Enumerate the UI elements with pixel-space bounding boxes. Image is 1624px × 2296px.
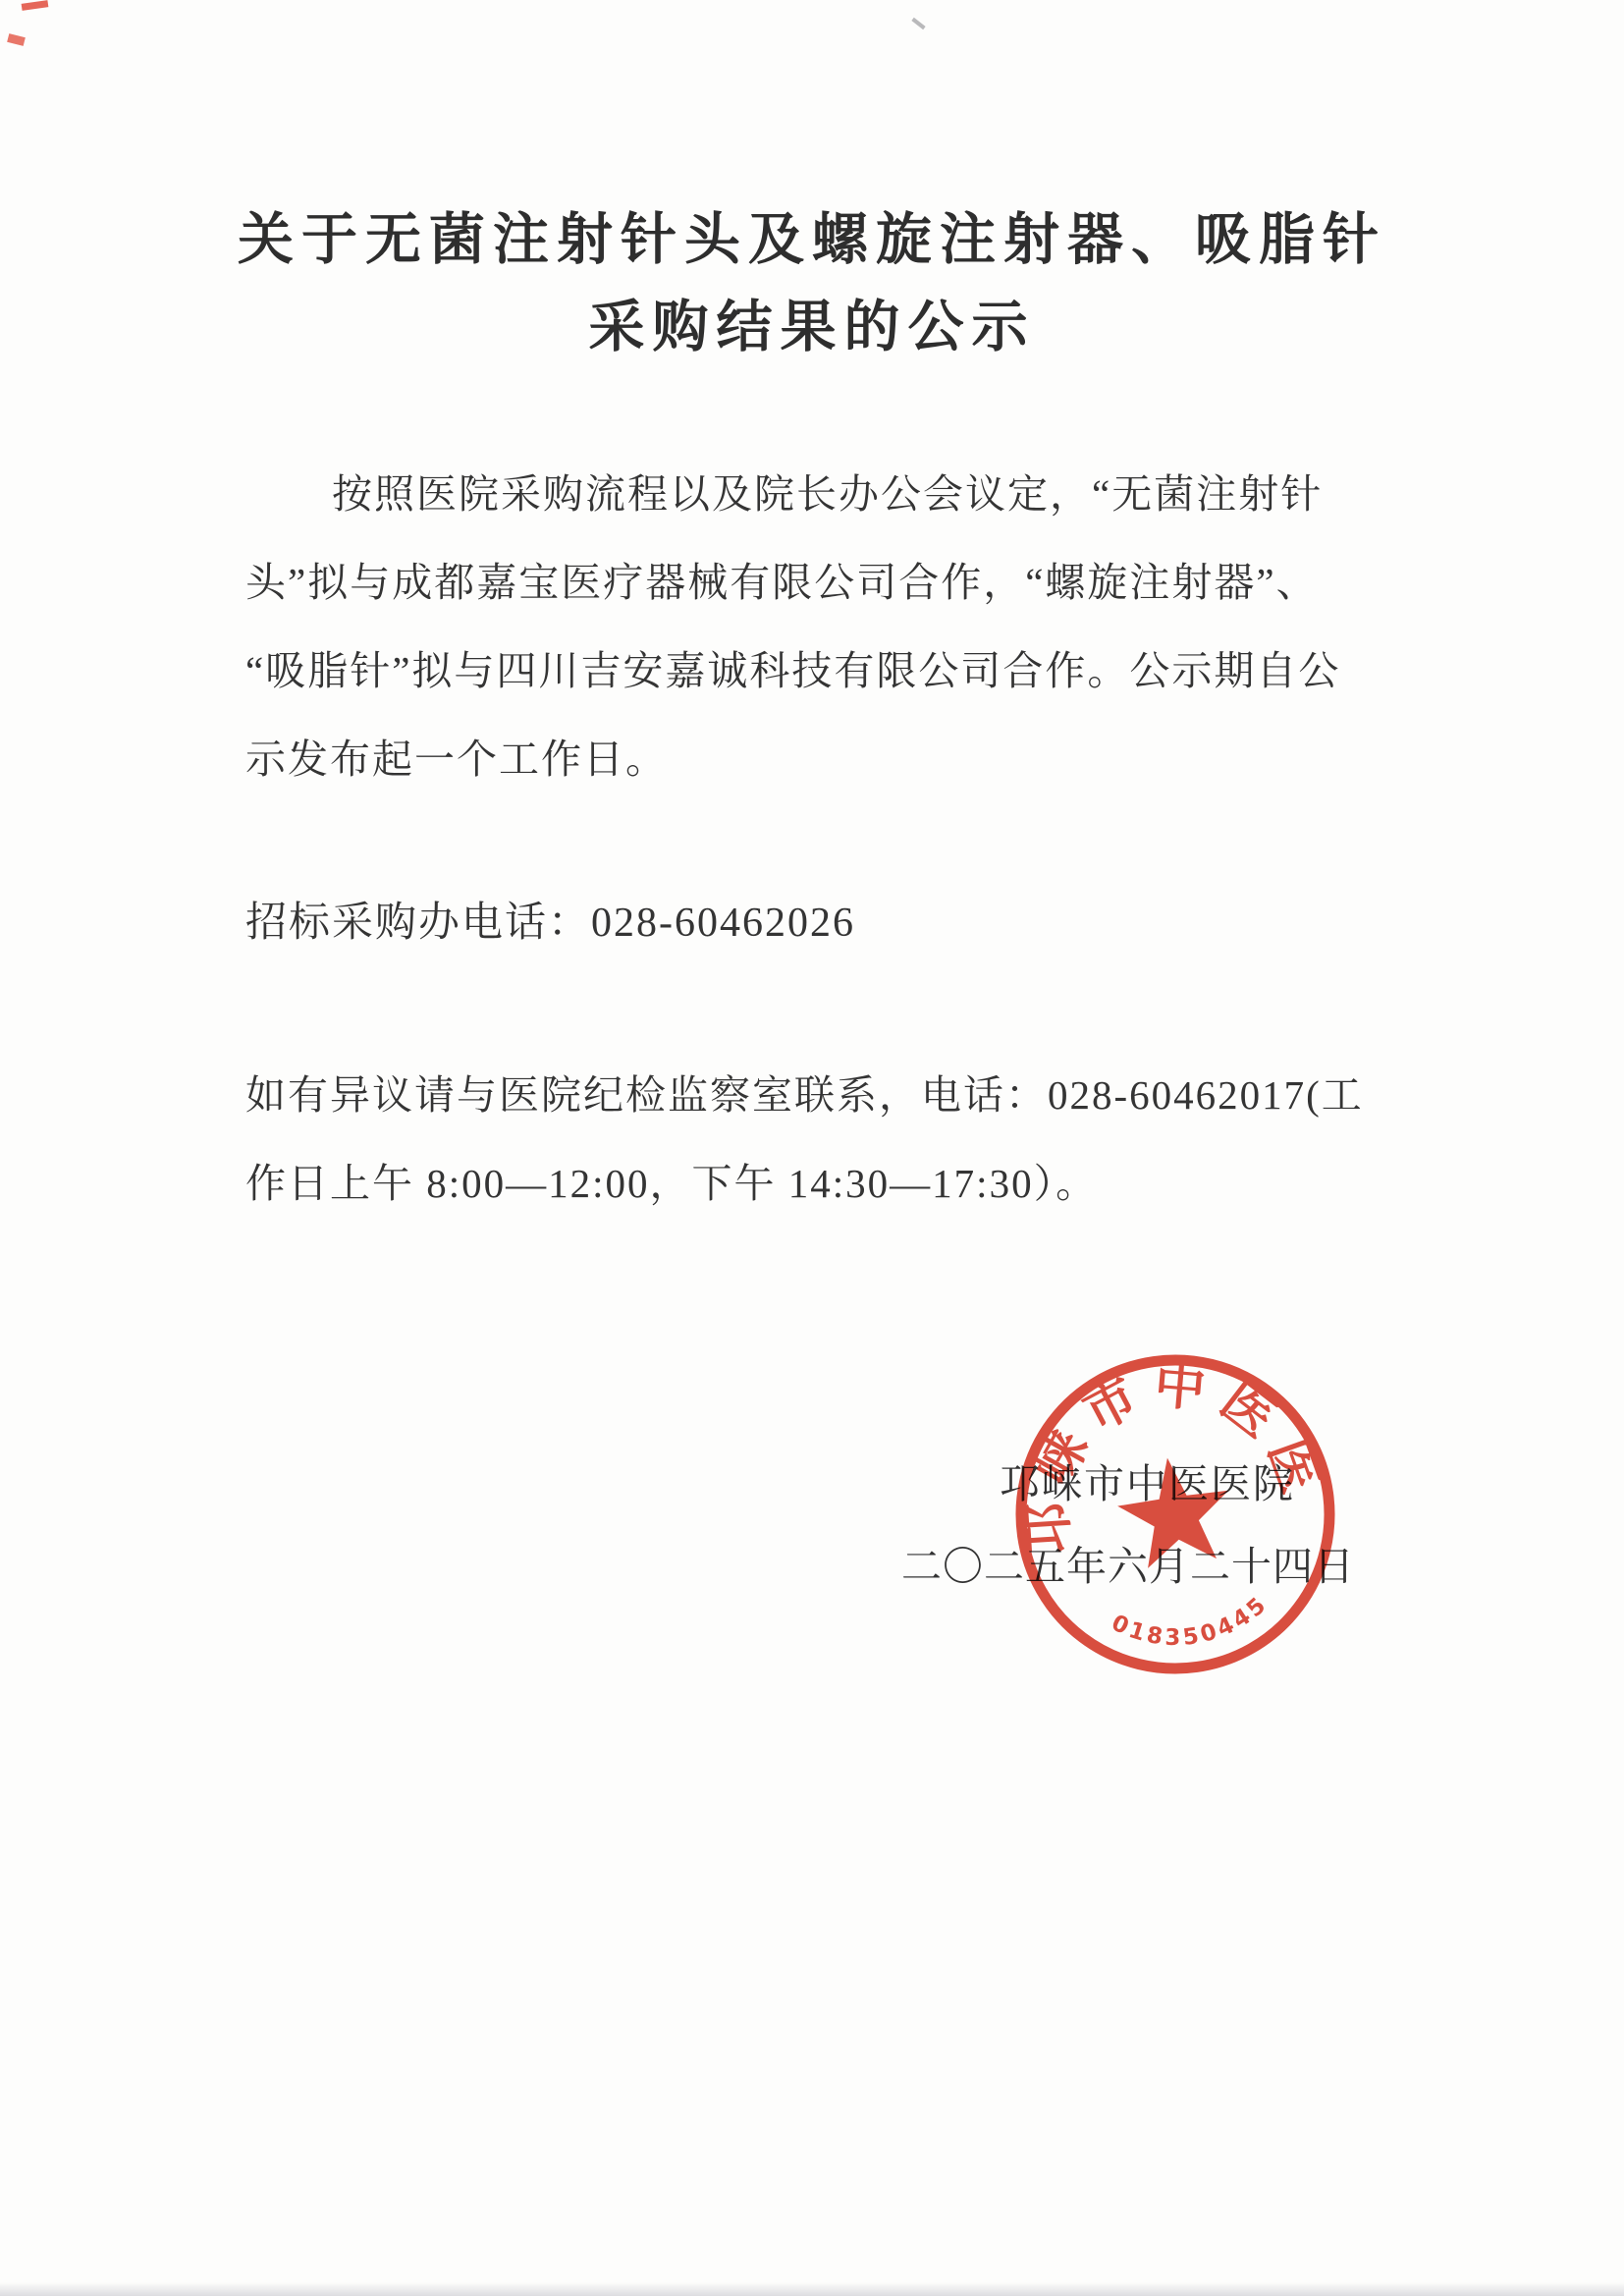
paragraph-line: 如有异议请与医院纪检监察室联系，电话：028-60462017(工 (245, 1051, 1404, 1139)
paragraph-line: 按照医院采购流程以及院长办公会议定，“无菌注射针 (245, 450, 1404, 538)
paragraph-line: 头”拟与成都嘉宝医疗器械有限公司合作，“螺旋注射器”、 (245, 538, 1404, 627)
paragraph-line: 示发布起一个工作日。 (245, 715, 1404, 803)
official-seal: 邛崃市中医医院 5101835044545 (1006, 1345, 1344, 1683)
paragraph-line: “吸脂针”拟与四川吉安嘉诚科技有限公司合作。公示期自公 (245, 627, 1404, 715)
paragraph-line: 作日上午 8:00—12:00，下午 14:30—17:30）。 (245, 1139, 1404, 1228)
scan-gray-mark-icon (911, 18, 925, 29)
body-paragraph-objection-contact: 如有异议请与医院纪检监察室联系，电话：028-60462017(工 作日上午 8… (245, 1051, 1404, 1228)
document-title-line2: 采购结果的公示 (0, 284, 1624, 371)
scan-red-mark-icon (22, 0, 49, 11)
body-paragraph-procurement: 按照医院采购流程以及院长办公会议定，“无菌注射针 头”拟与成都嘉宝医疗器械有限公… (245, 450, 1404, 803)
document-title: 关于无菌注射针头及螺旋注射器、吸脂针 采购结果的公示 (0, 196, 1624, 371)
scanned-announcement-page: 关于无菌注射针头及螺旋注射器、吸脂针 采购结果的公示 按照医院采购流程以及院长办… (0, 0, 1624, 2296)
star-icon (1111, 1450, 1237, 1571)
scan-bottom-edge (0, 2282, 1624, 2296)
document-title-line1: 关于无菌注射针头及螺旋注射器、吸脂针 (0, 196, 1624, 284)
scan-red-mark-icon (7, 33, 26, 46)
procurement-office-phone: 招标采购办电话：028-60462026 (245, 879, 855, 967)
